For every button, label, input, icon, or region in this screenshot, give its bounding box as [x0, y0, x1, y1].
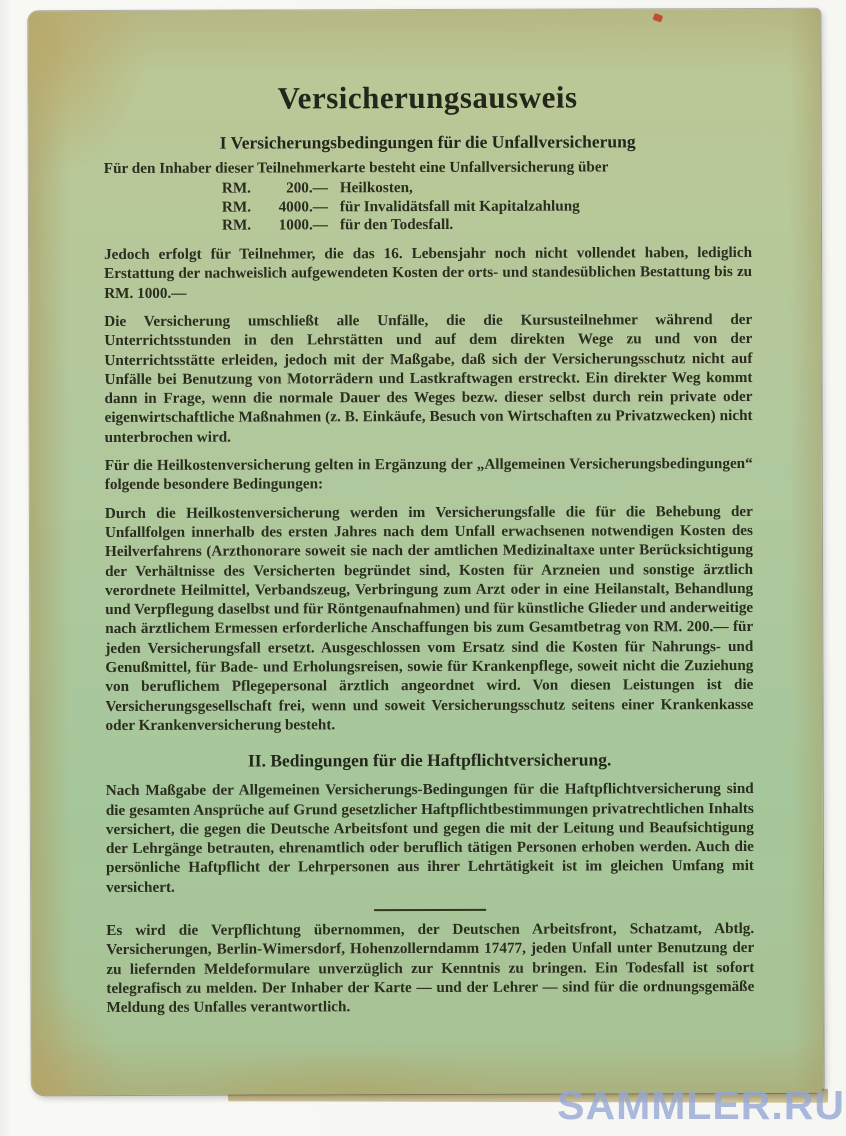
amount-value: 1000.—	[266, 217, 328, 236]
insured-amounts-list: RM. 200.— Heilkosten, RM. 4000.— für Inv…	[222, 178, 752, 235]
section-1-intro: Für den Inhaber dieser Teilnehmerkarte b…	[104, 157, 752, 178]
document-body: Versicherungsausweis I Versicherungsbedi…	[104, 79, 755, 1017]
currency-label: RM.	[222, 217, 266, 236]
section-2-heading: II. Bedingungen für die Haftpflichtversi…	[106, 749, 754, 772]
amount-purpose: für den Todesfall.	[340, 215, 752, 235]
section-2-paragraph-liability: Nach Maßgabe der Allgemeinen Versicherun…	[106, 779, 754, 897]
amount-value: 200.—	[266, 180, 328, 199]
section-1-heading: I Versicherungsbedingungen für die Unfal…	[104, 131, 752, 154]
amount-purpose: für Invalidätsfall mit Kapitalzahlung	[340, 197, 752, 217]
amount-row-todesfall: RM. 1000.— für den Todesfall.	[222, 215, 752, 235]
amount-purpose: Heilkosten,	[340, 178, 752, 198]
red-ink-speck	[652, 13, 663, 23]
section-1-paragraph-minors: Jedoch erfolgt für Teilnehmer, die das 1…	[104, 243, 752, 303]
amount-row-heilkosten: RM. 200.— Heilkosten,	[222, 178, 752, 198]
reporting-obligation-notice: Es wird die Verpflichtung übernommen, de…	[106, 919, 754, 1018]
section-divider-rule	[374, 909, 486, 911]
amount-value: 4000.—	[266, 198, 328, 217]
insurance-certificate-paper: Versicherungsausweis I Versicherungsbedi…	[28, 9, 823, 1095]
section-1-paragraph-heilkosten-intro: Für die Heilkostenversicherung gelten in…	[105, 454, 753, 495]
currency-label: RM.	[222, 198, 266, 217]
scanner-background: Versicherungsausweis I Versicherungsbedi…	[0, 0, 846, 1136]
amount-row-invaliditaet: RM. 4000.— für Invalidätsfall mit Kapita…	[222, 197, 752, 217]
section-1-paragraph-heilkosten-details: Durch die Heilkostenversicherung werden …	[105, 502, 754, 736]
section-1-paragraph-coverage-scope: Die Versicherung umschließt alle Unfälle…	[104, 310, 752, 447]
currency-label: RM.	[222, 180, 266, 199]
sammler-ru-watermark: SAMMLER.RU	[557, 1082, 845, 1129]
document-title: Versicherungsausweis	[104, 79, 752, 117]
